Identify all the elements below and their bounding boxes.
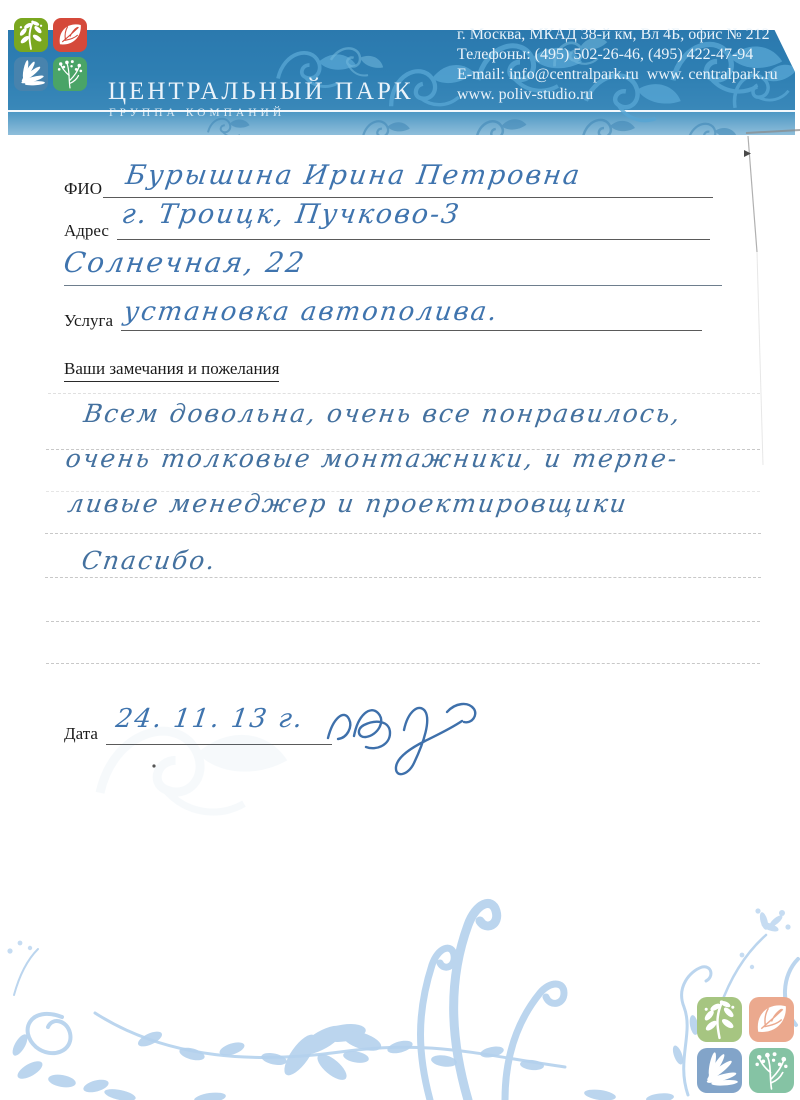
logo-tile-palm [14, 57, 48, 91]
address-label: Адрес [64, 221, 109, 241]
ruled-line [45, 577, 761, 578]
ruled-line [45, 533, 761, 534]
footer-logo-tile-palm [697, 1048, 742, 1093]
bottom-floral-watermark-icon [0, 855, 800, 1100]
ruled-line [46, 621, 760, 622]
faint-watermark-icon [60, 710, 360, 830]
contact-email: E-mail: info@centralpark.ru www. central… [457, 65, 778, 85]
address-handwriting-2: Солнечная, 22 [62, 246, 308, 279]
contact-phones: Телефоны: (495) 502-26-46, (495) 422-47-… [457, 45, 778, 65]
scanned-feedback-form: ЦЕНТРАЛЬНЫЙ ПАРК ГРУППА КОМПАНИЙ г. Моск… [0, 0, 800, 1100]
service-line [121, 330, 702, 331]
contact-site: www. poliv-studio.ru [457, 85, 778, 105]
remarks-handwriting-line: Спасибо. [80, 546, 219, 575]
remarks-heading: Ваши замечания и пожелания [64, 359, 279, 382]
palm-icon [14, 57, 48, 91]
company-subtitle: ГРУППА КОМПАНИЙ [109, 107, 285, 119]
contact-block: г. Москва, МКАД 38-й км, Вл 4Б, офис № 2… [457, 25, 778, 105]
footer-logo-tile-leaf [749, 997, 794, 1042]
footer-logo-tile-branch [697, 997, 742, 1042]
service-handwriting: установка автополива. [122, 297, 501, 327]
logo-tile-branch [14, 18, 48, 52]
address-line [117, 239, 710, 240]
logo-tile-leaf [53, 18, 87, 52]
fio-handwriting: Бурышина Ирина Петровна [124, 160, 584, 191]
address-line-2 [64, 285, 722, 286]
branch-icon [697, 997, 742, 1042]
contact-address: г. Москва, МКАД 38-й км, Вл 4Б, офис № 2… [457, 25, 778, 45]
fio-label: ФИО [64, 179, 102, 199]
footer-logo-tile-berries [749, 1048, 794, 1093]
address-handwriting: г. Троицк, Пучково-3 [120, 199, 463, 230]
berries-icon [749, 1048, 794, 1093]
palm-icon [697, 1048, 742, 1093]
remarks-handwriting-line: ливые менеджер и проектировщики [66, 489, 630, 518]
ruled-line [48, 393, 760, 394]
company-name: ЦЕНТРАЛЬНЫЙ ПАРК [108, 78, 414, 106]
leaf-icon [53, 18, 87, 52]
leaf-icon [749, 997, 794, 1042]
ruled-line [46, 663, 760, 664]
branch-icon [14, 18, 48, 52]
logo-tile-berries [53, 57, 87, 91]
berries-icon [53, 57, 87, 91]
remarks-handwriting-line: очень толковые монтажники, и терпе- [64, 444, 680, 473]
service-label: Услуга [64, 311, 113, 331]
remarks-handwriting-line: Всем довольна, очень все понравилось, [82, 399, 684, 428]
fio-line [103, 197, 713, 198]
